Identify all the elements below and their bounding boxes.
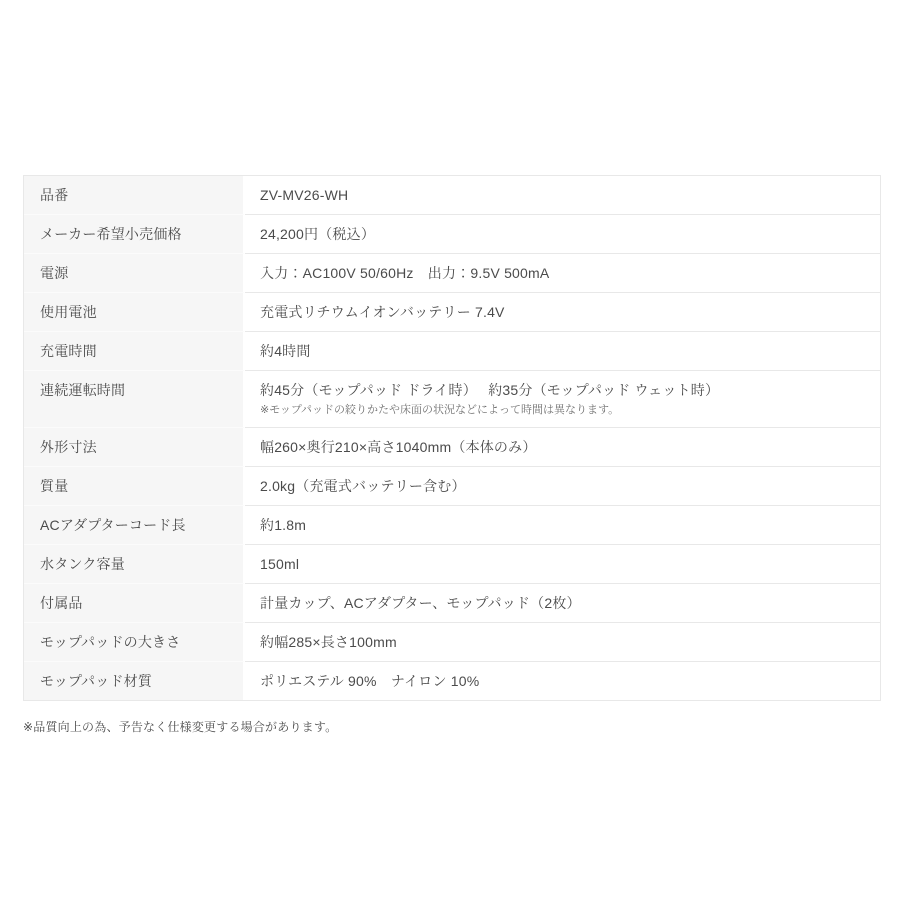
- spec-label: 使用電池: [24, 293, 245, 332]
- spec-value: 24,200円（税込）: [260, 225, 865, 243]
- spec-value-cell: 150ml: [245, 545, 880, 584]
- spec-value-cell: 24,200円（税込）: [245, 215, 880, 254]
- spec-container: 品番 ZV-MV26-WH メーカー希望小売価格 24,200円（税込） 電源 …: [23, 175, 881, 735]
- spec-value-cell: 計量カップ、ACアダプター、モップパッド（2枚）: [245, 584, 880, 623]
- spec-label: 水タンク容量: [24, 545, 245, 584]
- spec-table: 品番 ZV-MV26-WH メーカー希望小売価格 24,200円（税込） 電源 …: [23, 175, 881, 701]
- spec-table-body: 品番 ZV-MV26-WH メーカー希望小売価格 24,200円（税込） 電源 …: [24, 176, 880, 700]
- spec-value-cell: 約幅285×長さ100mm: [245, 623, 880, 662]
- spec-row: 使用電池 充電式リチウムイオンバッテリー 7.4V: [24, 293, 880, 332]
- spec-row: 充電時間 約4時間: [24, 332, 880, 371]
- spec-label: 連続運転時間: [24, 371, 245, 428]
- spec-label: メーカー希望小売価格: [24, 215, 245, 254]
- spec-label: モップパッドの大きさ: [24, 623, 245, 662]
- spec-value: 約45分（モップパッド ドライ時） 約35分（モップパッド ウェット時）: [260, 381, 865, 399]
- spec-row: 外形寸法 幅260×奥行210×高さ1040mm（本体のみ）: [24, 428, 880, 467]
- spec-row: モップパッドの大きさ 約幅285×長さ100mm: [24, 623, 880, 662]
- spec-value-cell: 充電式リチウムイオンバッテリー 7.4V: [245, 293, 880, 332]
- spec-label: 質量: [24, 467, 245, 506]
- spec-value-note: ※モップパッドの絞りかたや床面の状況などによって時間は異なります。: [260, 404, 865, 417]
- spec-value: 計量カップ、ACアダプター、モップパッド（2枚）: [260, 594, 865, 612]
- spec-row: 水タンク容量 150ml: [24, 545, 880, 584]
- page: { "spec_table": { "rows": [ {"label": "品…: [0, 0, 900, 900]
- spec-label: ACアダプターコード長: [24, 506, 245, 545]
- spec-label: 電源: [24, 254, 245, 293]
- spec-value: 150ml: [260, 555, 865, 573]
- spec-value: 充電式リチウムイオンバッテリー 7.4V: [260, 303, 865, 321]
- spec-value-cell: ZV-MV26-WH: [245, 176, 880, 215]
- spec-label: 品番: [24, 176, 245, 215]
- spec-row: メーカー希望小売価格 24,200円（税込）: [24, 215, 880, 254]
- spec-row: 付属品 計量カップ、ACアダプター、モップパッド（2枚）: [24, 584, 880, 623]
- spec-row: 電源 入力：AC100V 50/60Hz 出力：9.5V 500mA: [24, 254, 880, 293]
- spec-value-cell: ポリエステル 90% ナイロン 10%: [245, 662, 880, 700]
- spec-row: モップパッド材質 ポリエステル 90% ナイロン 10%: [24, 662, 880, 700]
- spec-value: 入力：AC100V 50/60Hz 出力：9.5V 500mA: [260, 264, 865, 282]
- spec-value: ポリエステル 90% ナイロン 10%: [260, 672, 865, 690]
- spec-row: 連続運転時間 約45分（モップパッド ドライ時） 約35分（モップパッド ウェッ…: [24, 371, 880, 428]
- spec-value-cell: 2.0kg（充電式バッテリー含む）: [245, 467, 880, 506]
- spec-row: 質量 2.0kg（充電式バッテリー含む）: [24, 467, 880, 506]
- spec-value-cell: 幅260×奥行210×高さ1040mm（本体のみ）: [245, 428, 880, 467]
- spec-footnote: ※品質向上の為、予告なく仕様変更する場合があります。: [23, 720, 881, 735]
- spec-label: 付属品: [24, 584, 245, 623]
- spec-value: 幅260×奥行210×高さ1040mm（本体のみ）: [260, 438, 865, 456]
- spec-value-cell: 約45分（モップパッド ドライ時） 約35分（モップパッド ウェット時） ※モッ…: [245, 371, 880, 428]
- spec-row: ACアダプターコード長 約1.8m: [24, 506, 880, 545]
- spec-value: ZV-MV26-WH: [260, 186, 865, 204]
- spec-label: モップパッド材質: [24, 662, 245, 700]
- spec-value-cell: 約4時間: [245, 332, 880, 371]
- spec-value: 2.0kg（充電式バッテリー含む）: [260, 477, 865, 495]
- spec-row: 品番 ZV-MV26-WH: [24, 176, 880, 215]
- spec-value: 約1.8m: [260, 516, 865, 534]
- spec-value-cell: 約1.8m: [245, 506, 880, 545]
- spec-value: 約4時間: [260, 342, 865, 360]
- spec-label: 外形寸法: [24, 428, 245, 467]
- spec-value-cell: 入力：AC100V 50/60Hz 出力：9.5V 500mA: [245, 254, 880, 293]
- spec-value: 約幅285×長さ100mm: [260, 633, 865, 651]
- spec-label: 充電時間: [24, 332, 245, 371]
